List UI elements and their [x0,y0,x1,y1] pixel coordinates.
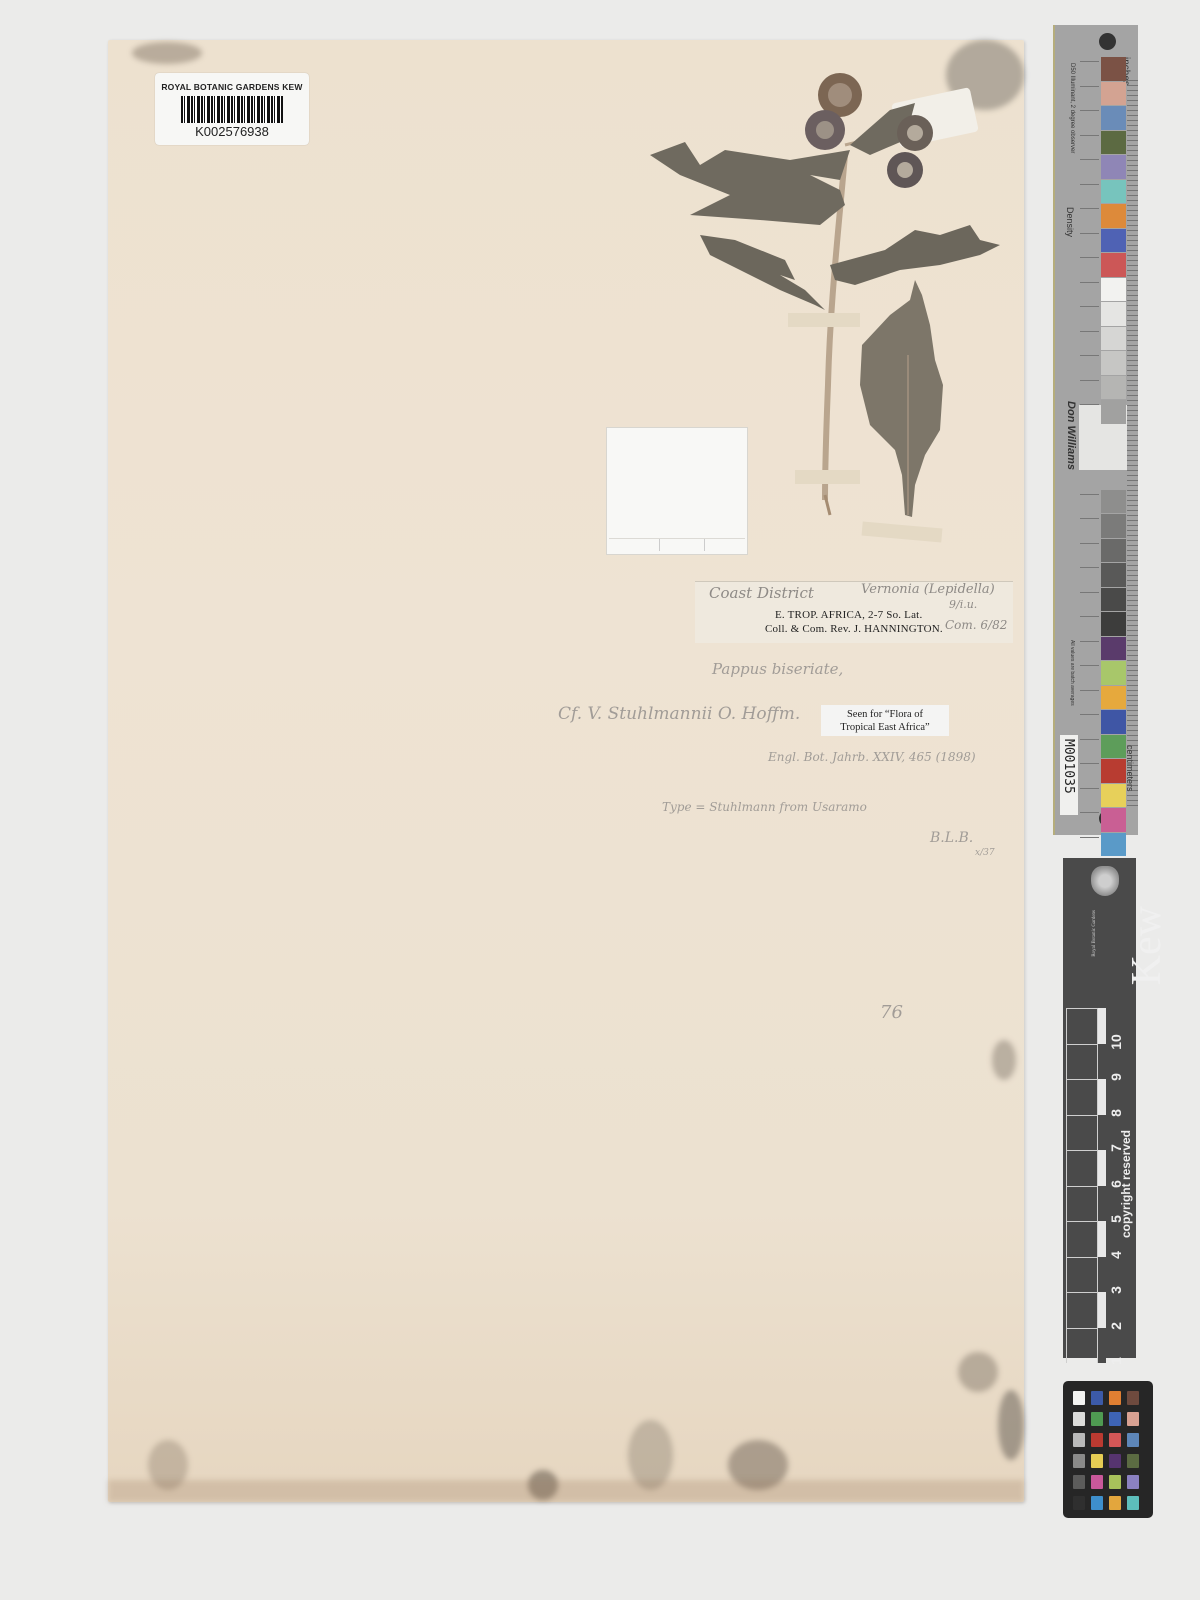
scale-number: 9 [1108,1068,1124,1086]
handwritten-locality: Coast District [709,584,814,602]
color-patch [1101,131,1126,155]
kew-logo: Kew [1123,906,1171,985]
color-patch [1101,661,1126,685]
patch-values [1080,306,1099,325]
ruler-ticks [1127,80,1138,810]
patch-values [1080,518,1099,537]
color-patch [1101,833,1126,857]
patch-values [1080,543,1099,562]
checker-patch [1109,1496,1121,1510]
checker-patch [1091,1496,1103,1510]
initials: B.L.B. [930,830,973,846]
patch-values [1080,184,1099,203]
checker-patch [1091,1433,1103,1447]
copyright-text: copyright reserved [1119,1130,1133,1238]
checker-patch [1127,1412,1139,1426]
illuminant-text: D50 Illuminant, 2 degree observer [1069,63,1075,153]
scale-cell [1066,1257,1098,1293]
checker-patch [1073,1391,1085,1405]
scale-cell [1066,1150,1098,1186]
scale-number: 8 [1108,1104,1124,1122]
color-patch [1101,637,1126,661]
institution-name: ROYAL BOTANIC GARDENS KEW [155,82,309,92]
patch-values [1080,331,1099,350]
checker-patch [1109,1433,1121,1447]
scale-number: 4 [1108,1246,1124,1264]
packet-flap [609,538,745,552]
patch-values [1080,380,1099,399]
checker-patch [1091,1454,1103,1468]
patch-values [1080,61,1099,80]
patch-values [1080,788,1099,807]
stain [958,1352,998,1392]
patch-values [1080,282,1099,301]
type-note: Type = Stuhlmann from Usaramo [662,800,867,814]
color-patch [1101,563,1126,587]
scale-cell [1066,1044,1098,1080]
color-patch [1101,710,1126,734]
checker-patch [1127,1433,1139,1447]
checker-patch [1109,1475,1121,1489]
scale-cell [1066,1115,1098,1151]
scale-cell [1066,1328,1098,1364]
color-patch [1101,106,1126,130]
patch-values [1080,567,1099,586]
checker-patch [1109,1454,1121,1468]
handwritten-date: 9/i.u. [949,598,977,611]
kew-logo-subtitle: Royal Botanic Gardens [1092,910,1097,957]
patch-values [1080,714,1099,733]
scale-segment [1098,1186,1106,1222]
pencil-note-pappus: Pappus biseriate, [712,660,843,678]
scale-cell [1066,1292,1098,1328]
color-patch [1101,808,1126,832]
scale-segment [1098,1221,1106,1257]
checker-patch [1091,1412,1103,1426]
color-patch [1101,57,1126,81]
patch-values [1080,665,1099,684]
printed-region: E. TROP. AFRICA, 2-7 So. Lat. [775,609,922,621]
barcode-label: ROYAL BOTANIC GARDENS KEW K002576938 [155,73,309,145]
patch-values [1080,208,1099,227]
serial-number: M001035 [1061,739,1076,794]
handwritten-com: Com. 6/82 [945,618,1007,632]
stain [108,1480,1024,1502]
sheet-number: 76 [880,1002,903,1023]
color-patch [1101,588,1126,612]
color-patch [1101,539,1126,563]
scale-number: 3 [1108,1281,1124,1299]
fragment-packet[interactable] [606,427,748,555]
scale-number: 1 [1108,1352,1124,1370]
checker-patch [1073,1496,1085,1510]
color-patch [1101,514,1126,538]
patch-values [1080,135,1099,154]
brand-text: Don Williams [1065,401,1077,470]
color-patch [1101,686,1126,710]
patch-values [1080,641,1099,660]
color-patch [1101,759,1126,783]
checker-patch [1127,1454,1139,1468]
color-patch [1101,180,1126,204]
barcode-icon [181,96,283,123]
color-patch [1101,82,1126,106]
color-patch [1101,204,1126,228]
checker-patch [1127,1391,1139,1405]
checker-patch [1127,1496,1139,1510]
checker-patch [1073,1454,1085,1468]
color-patch [1101,784,1126,808]
color-calibration-strip: inches D50 Illuminant, 2 degree observer… [1053,25,1138,835]
color-patch [1101,155,1126,179]
color-patch [1101,612,1126,636]
patch-values [1080,812,1099,831]
checker-patch [1073,1475,1085,1489]
color-patch [1101,351,1126,375]
serial-label: M001035 [1060,735,1078,815]
collection-label: Coast District Vernonia (Lepidella) 9/i.… [695,581,1013,643]
scale-cell [1066,1186,1098,1222]
barcode-number: K002576938 [155,124,309,139]
patch-values [1080,592,1099,611]
scale-segment [1098,1044,1106,1080]
color-patch [1101,278,1126,302]
patch-values [1080,355,1099,374]
kew-scale-bar: Kew Royal Botanic Gardens 109876543210cm… [1063,858,1136,1358]
scale-segment [1098,1292,1106,1328]
stain [998,1390,1024,1460]
patch-values [1080,763,1099,782]
checker-patch [1091,1391,1103,1405]
seen-label-line-1: Seen for “Flora of [821,708,949,721]
stain [132,42,202,64]
patch-values [1080,404,1099,423]
scale-segment [1098,1328,1106,1364]
scale-segment [1098,1257,1106,1293]
color-patch [1101,253,1126,277]
batch-note: All values are batch averages [1069,640,1075,706]
color-patch [1101,376,1126,400]
scale-cell [1066,1221,1098,1257]
patch-values [1080,159,1099,178]
patch-values [1080,233,1099,252]
color-checker-card [1063,1381,1153,1518]
scale-segment [1098,1008,1106,1044]
checker-patch [1073,1412,1085,1426]
scale-cell [1066,1079,1098,1115]
patch-values [1080,690,1099,709]
printed-collector: Coll. & Com. Rev. J. HANNINGTON. [765,623,943,635]
patch-values [1080,86,1099,105]
color-patch [1101,327,1126,351]
reference-note: Engl. Bot. Jahrb. XXIV, 465 (1898) [768,750,976,764]
patch-values [1080,110,1099,129]
color-patch [1101,400,1126,424]
patch-values [1080,494,1099,513]
seen-label-line-2: Tropical East Africa” [821,721,949,734]
color-patch [1101,229,1126,253]
density-label: Density [1065,207,1075,237]
scale-segment [1098,1150,1106,1186]
patch-values [1080,257,1099,276]
color-patch [1101,302,1126,326]
patch-values [1080,837,1099,856]
checker-patch [1109,1391,1121,1405]
scale-number: 10 [1108,1033,1124,1051]
patch-values [1080,739,1099,758]
initials-date: x/37 [975,848,995,858]
checker-patch [1073,1433,1085,1447]
scale-segment [1098,1115,1106,1151]
kew-crest-icon [1091,866,1119,896]
hole-icon [1099,33,1116,50]
checker-patch [1091,1475,1103,1489]
stain [992,1040,1016,1080]
seen-for-label: Seen for “Flora of Tropical East Africa” [821,705,949,736]
handwritten-taxon: Vernonia (Lepidella) [861,582,995,597]
scale-cell [1066,1008,1098,1044]
patch-values [1080,616,1099,635]
determination-note: Cf. V. Stuhlmannii O. Hoffm. [558,704,800,724]
scale-number: 2 [1108,1317,1124,1335]
color-patch [1101,735,1126,759]
color-patch [1101,490,1126,514]
checker-patch [1127,1475,1139,1489]
scale-segment [1098,1079,1106,1115]
checker-patch [1109,1412,1121,1426]
